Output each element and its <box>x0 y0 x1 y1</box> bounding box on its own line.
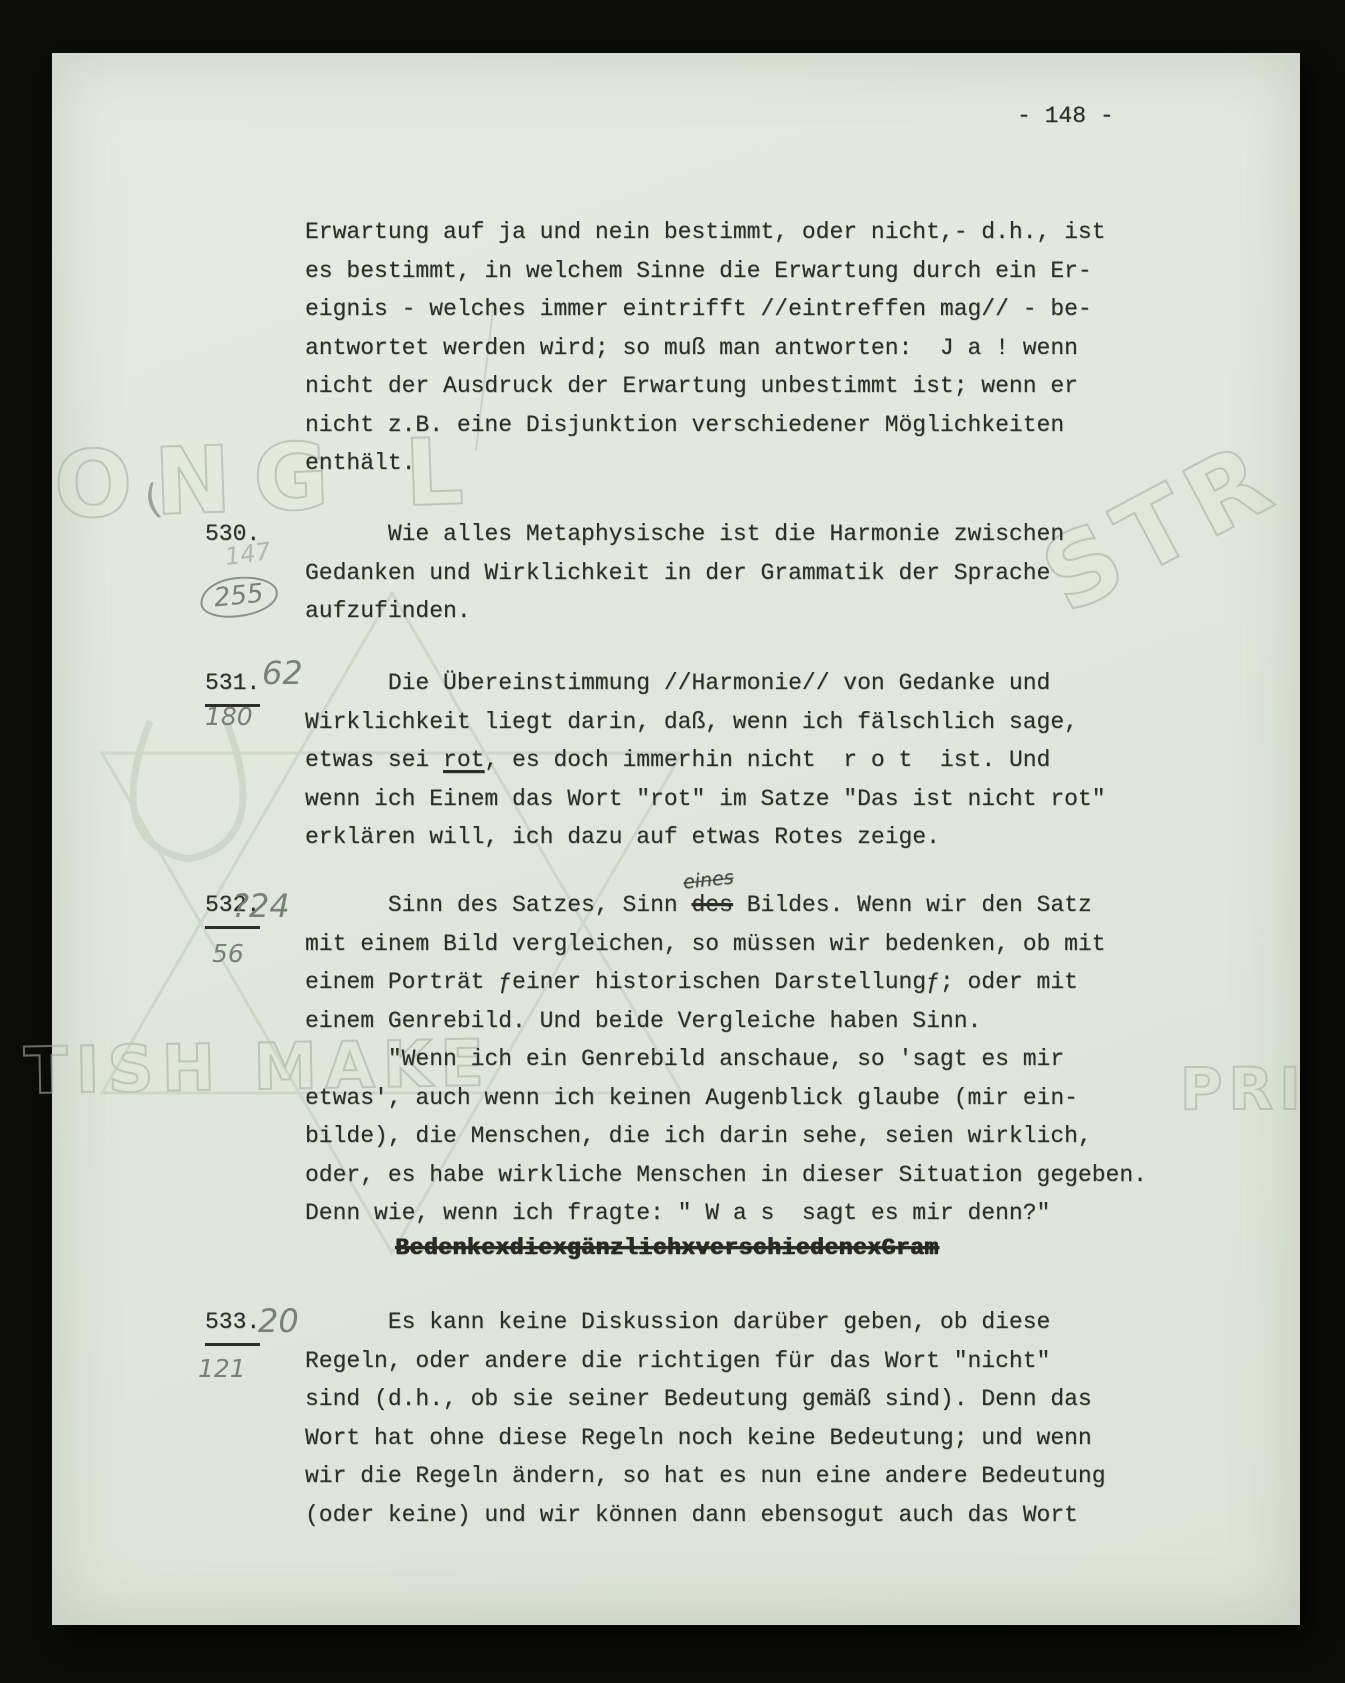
handwritten-annotation-531-below: 180 <box>205 702 253 731</box>
section-533: 533. Es kann keine Diskussion darüber ge… <box>52 1303 1300 1534</box>
section-531: 531. Die Übereinstimmung //Harmonie// vo… <box>52 664 1300 857</box>
section-533-number: 533. <box>205 1303 260 1346</box>
handwritten-annotation-533-right: 20 <box>258 1302 299 1340</box>
corrected-word-wrap: deseines <box>691 886 732 925</box>
intro-paragraph: Erwartung auf ja und nein bestimmt, oder… <box>305 213 1225 483</box>
circled-number: 255 <box>198 573 279 621</box>
handwritten-correction-eines: eines <box>682 858 736 902</box>
scan-background: { "colors": { "paper": "#e2e7df", "ink":… <box>0 0 1345 1683</box>
handwritten-annotation-531-right: 62 <box>262 654 303 692</box>
section-531-text: Die Übereinstimmung //Harmonie// von Ged… <box>305 664 1225 857</box>
underlined-word-rot: rot <box>443 747 484 773</box>
section-530-text: Wie alles Metaphysische ist die Harmonie… <box>305 515 1225 631</box>
section-532-text-after: Bildes. Wenn wir den Satz mit einem Bild… <box>305 892 1147 1226</box>
section-532-text-before: Sinn des Satzes, Sinn <box>305 892 691 918</box>
section-532-text: Sinn des Satzes, Sinn deseines Bildes. W… <box>305 886 1225 1233</box>
handwritten-annotation-533-below: 121 <box>198 1354 246 1383</box>
page-number: - 148 - <box>1017 97 1114 136</box>
section-533-text: Es kann keine Diskussion darüber geben, … <box>305 1303 1225 1534</box>
section-531-number: 531. <box>205 664 260 707</box>
handwritten-annotation-532-below: 56 <box>212 939 244 968</box>
section-532: 532. Sinn des Satzes, Sinn deseines Bild… <box>52 886 1300 1233</box>
document-page: ONG L STR TISH MAKE PRI ( - 148 - Erwart… <box>52 53 1300 1625</box>
struck-out-line: BedenkexdiexgänzlichxverschiedenexGram <box>395 1229 939 1268</box>
handwritten-annotation-530-circled: 255 <box>200 577 278 617</box>
handwritten-annotation-532-right: ?24 <box>232 887 290 925</box>
